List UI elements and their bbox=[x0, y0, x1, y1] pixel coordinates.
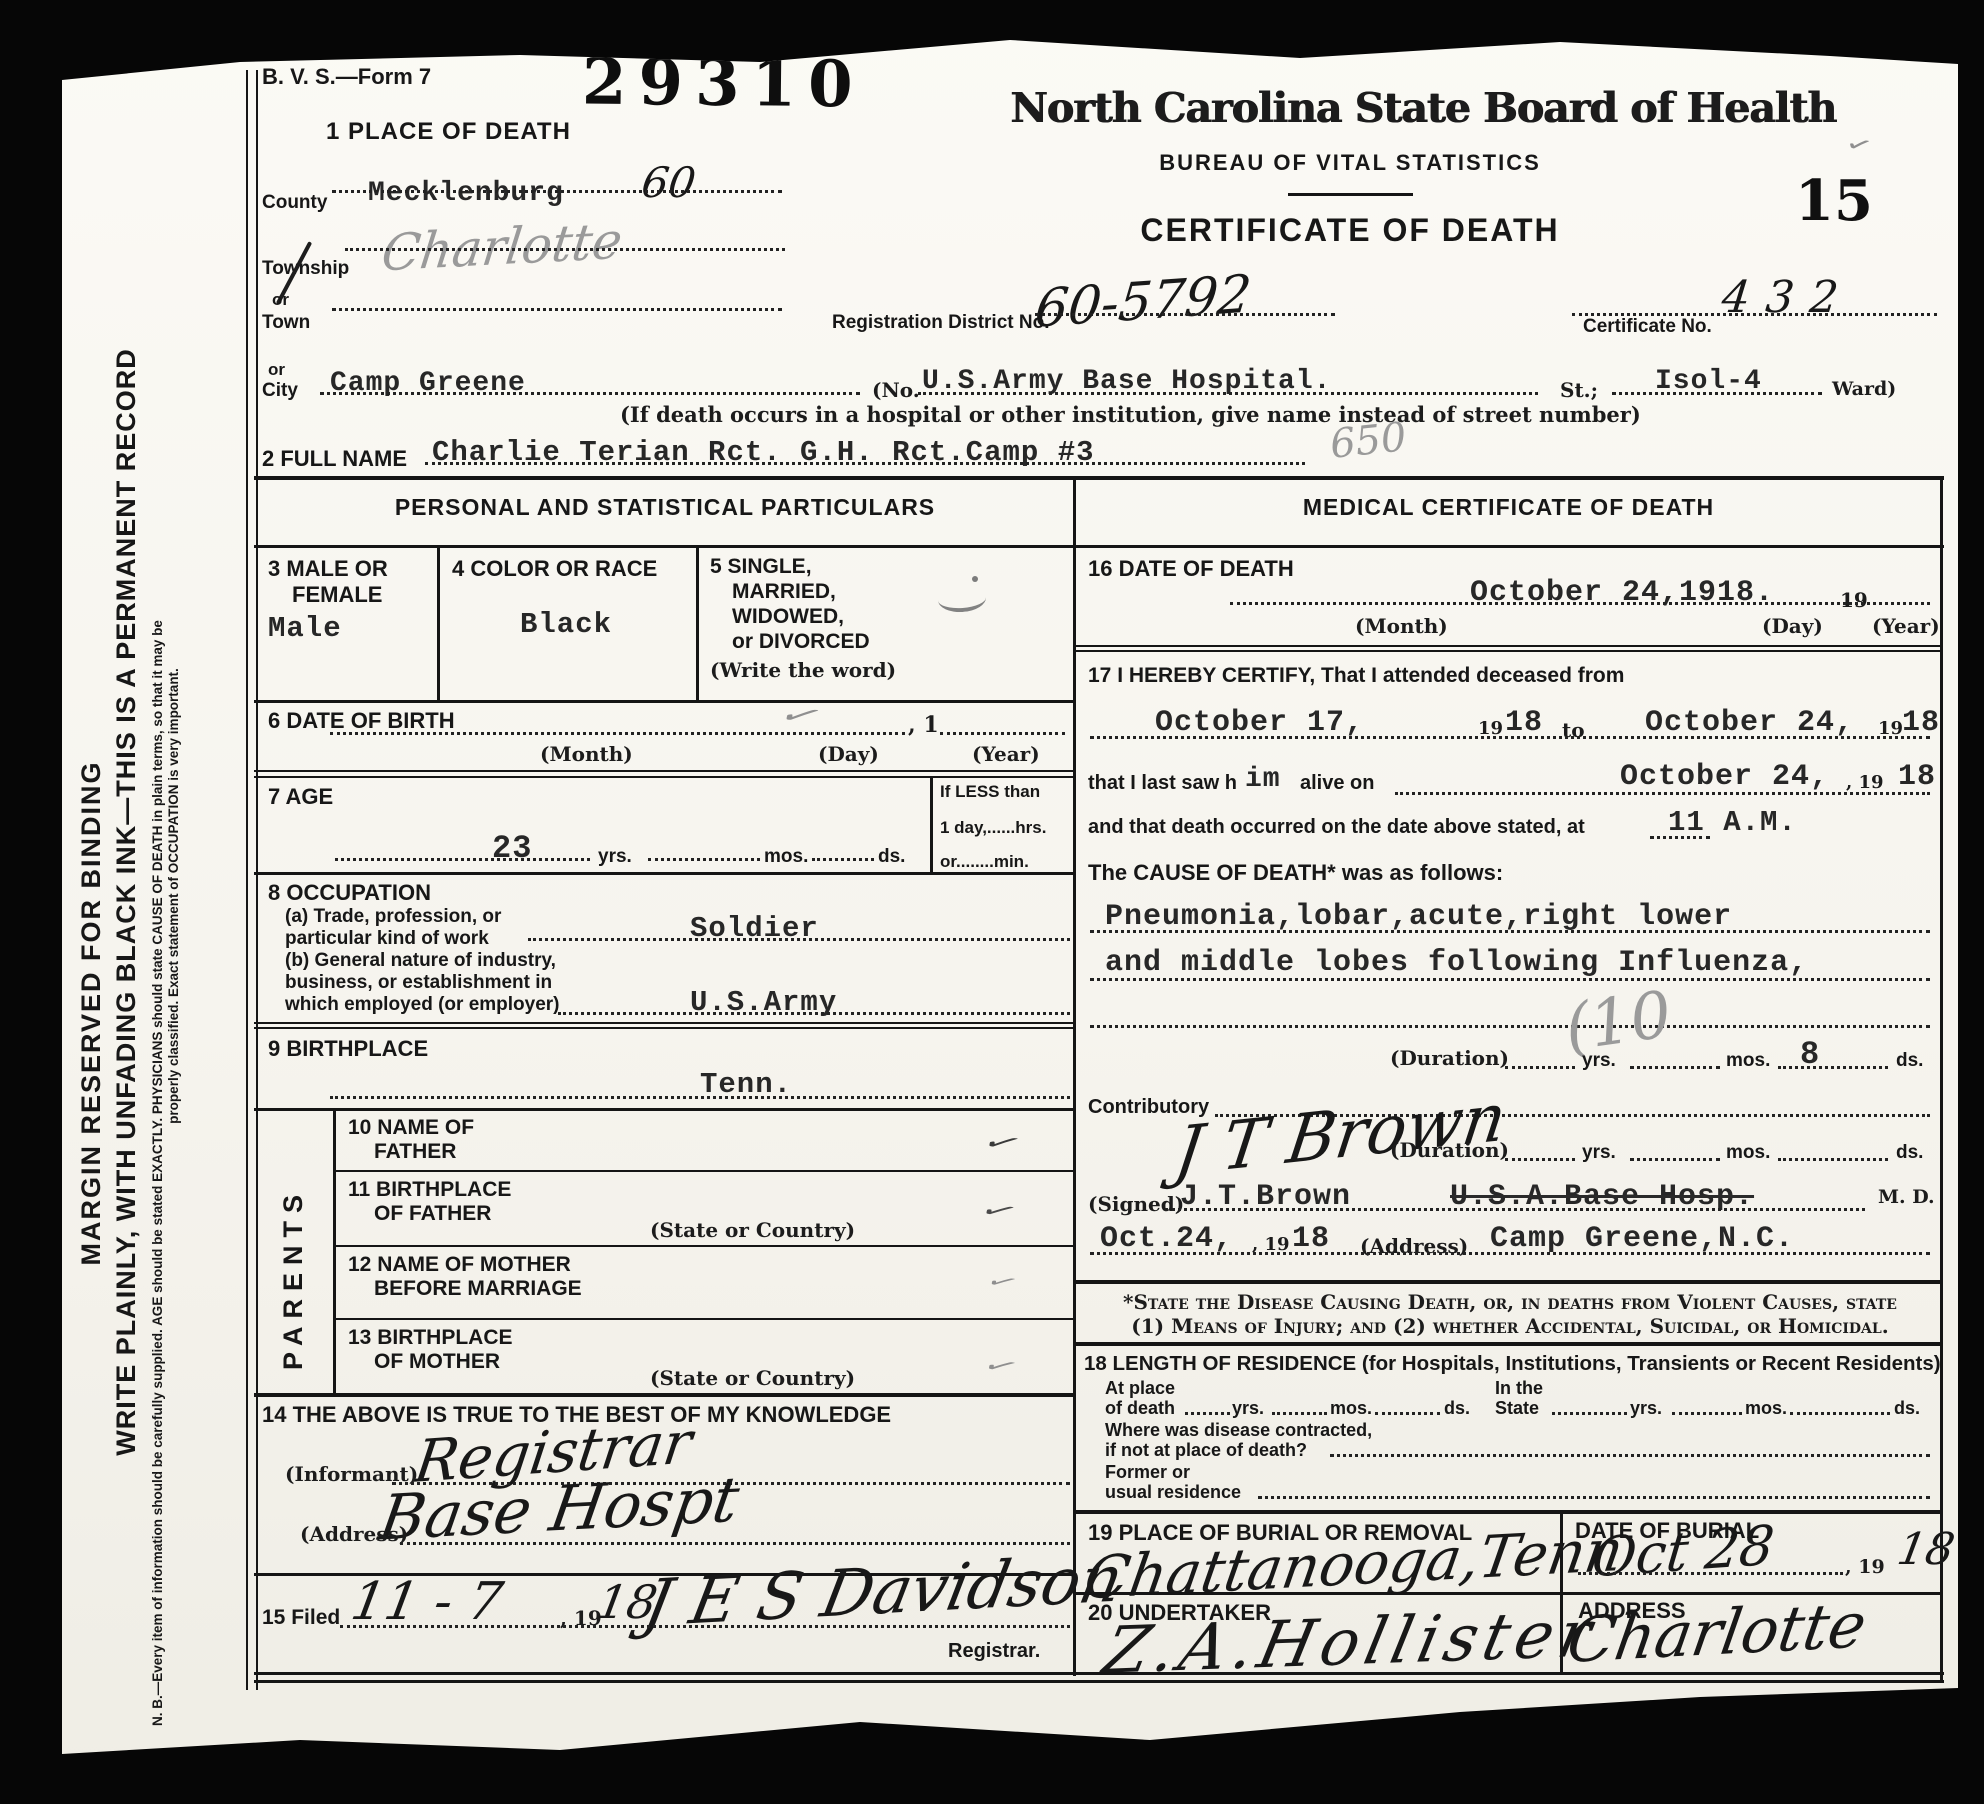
footnote-line2: (1) Means of Injury; and (2) whether Acc… bbox=[1080, 1314, 1940, 1338]
at-place-line1: At place bbox=[1105, 1378, 1175, 1399]
dod-year-label: (Year) bbox=[1872, 614, 1940, 638]
footnote-line1: *State the Disease Causing Death, or, in… bbox=[1080, 1290, 1940, 1314]
row-rule-4b bbox=[254, 1027, 1075, 1029]
attended-line bbox=[1090, 736, 1930, 739]
town-line bbox=[332, 308, 782, 311]
signed-address-value: Camp Greene,N.C. bbox=[1490, 1222, 1794, 1256]
registration-district-value: 60-5792 bbox=[1032, 264, 1254, 340]
margin-nb-line1: N. B.—Every item of information should b… bbox=[150, 66, 166, 1726]
at-place-line2: of death bbox=[1105, 1398, 1175, 1419]
father-bp-line2: OF FATHER bbox=[348, 1202, 511, 1226]
town-label: Town bbox=[262, 312, 310, 334]
to-year-value: 18 bbox=[1902, 706, 1940, 740]
former-line bbox=[1258, 1496, 1930, 1499]
cause-line2-value: and middle lobes following Influenza, bbox=[1105, 946, 1808, 980]
age-line-2 bbox=[648, 858, 760, 861]
duration2-label: (Duration) bbox=[1390, 1138, 1509, 1162]
duration2-line-1 bbox=[1505, 1158, 1575, 1161]
or-label-1: or bbox=[272, 290, 289, 310]
death-time-line bbox=[1650, 836, 1710, 839]
race-value: Black bbox=[520, 608, 612, 641]
board-title: North Carolina State Board of Health bbox=[1010, 84, 1690, 132]
dob-month-label: (Month) bbox=[540, 742, 633, 766]
certify-label: 17 I HEREBY CERTIFY, That I attended dec… bbox=[1088, 664, 1624, 688]
in-the-line2: State bbox=[1495, 1398, 1539, 1419]
bureau-divider bbox=[1288, 193, 1413, 196]
informant-address-label: (Address) bbox=[300, 1522, 408, 1546]
margin-write-plainly-note: WRITE PLAINLY, WITH UNFADING BLACK INK—T… bbox=[111, 102, 142, 1702]
burial-date-value: Oct 28 bbox=[1589, 1513, 1777, 1589]
grid-top-rule bbox=[254, 476, 1944, 480]
certificate-no-line bbox=[1572, 313, 1937, 316]
margin-nb-line2: properly classified. Exact statement of … bbox=[166, 66, 182, 1726]
contributory-signature: J T Brown bbox=[1170, 1078, 1510, 1191]
where-line bbox=[1330, 1454, 1930, 1457]
father-name-label: 10 NAME OF FATHER bbox=[348, 1116, 474, 1164]
med-rule-2 bbox=[1076, 1280, 1940, 1284]
or-label-2: or bbox=[268, 360, 285, 380]
burial-year-value: 18 bbox=[1894, 1524, 1959, 1575]
township-line bbox=[345, 248, 785, 251]
last-saw-post-label: alive on bbox=[1300, 772, 1374, 795]
signed-label: (Signed) bbox=[1088, 1192, 1184, 1216]
mother-name-line1: 12 NAME OF MOTHER bbox=[348, 1253, 582, 1277]
occ-b-line1: (b) General nature of industry, bbox=[285, 950, 560, 972]
father-name-line2: FATHER bbox=[348, 1140, 474, 1164]
registrar-label: Registrar. bbox=[948, 1640, 1040, 1663]
residence-label: 18 LENGTH OF RESIDENCE (for Hospitals, I… bbox=[1084, 1352, 1941, 1376]
dob-year-label: (Year) bbox=[972, 742, 1040, 766]
occupation-a-line bbox=[528, 938, 1070, 941]
duration-line-1 bbox=[1505, 1066, 1575, 1069]
parents-label-divider bbox=[333, 1108, 336, 1395]
pencil-check-father-bp-icon: ✓ bbox=[972, 1197, 1025, 1226]
where-contracted-line1: Where was disease contracted, bbox=[1105, 1420, 1372, 1441]
last-saw-date-value: October 24, bbox=[1620, 760, 1829, 794]
med-rule-3 bbox=[1076, 1342, 1940, 1346]
death-occurred-label: and that death occurred on the date abov… bbox=[1088, 816, 1585, 839]
res-line-2 bbox=[1272, 1412, 1327, 1415]
occupation-b-line bbox=[558, 1012, 1070, 1015]
date-of-death-label: 16 DATE OF DEATH bbox=[1088, 556, 1294, 582]
marital-note: (Write the word) bbox=[710, 658, 896, 682]
father-bp-note: (State or Country) bbox=[650, 1218, 855, 1242]
age-line-1 bbox=[335, 858, 590, 861]
occupation-a-label: (a) Trade, profession, or particular kin… bbox=[285, 906, 501, 950]
race-label: 4 COLOR OR RACE bbox=[452, 556, 657, 582]
filed-line bbox=[340, 1625, 1070, 1628]
md-label: M. D. bbox=[1878, 1186, 1935, 1208]
signed-line bbox=[1165, 1208, 1865, 1211]
res-ds-1: ds. bbox=[1444, 1398, 1470, 1419]
duration-yrs-label: yrs. bbox=[1582, 1050, 1616, 1072]
certificate-no-label: Certificate No. bbox=[1583, 316, 1712, 338]
res-mos-2: mos. bbox=[1745, 1398, 1787, 1419]
parents-rule-3 bbox=[333, 1318, 1075, 1320]
marital-line2: MARRIED, bbox=[710, 579, 870, 604]
cause-line2-rule bbox=[1090, 978, 1930, 981]
duration2-yrs-label: yrs. bbox=[1582, 1142, 1616, 1164]
saw-year-value: 18 bbox=[1898, 760, 1936, 794]
age-less-line2: 1 day,......hrs. bbox=[940, 818, 1046, 838]
age-value: 23 bbox=[492, 830, 532, 867]
bureau-subtitle: BUREAU OF VITAL STATISTICS bbox=[1010, 150, 1690, 176]
pencil-mark-icon bbox=[937, 584, 987, 613]
volume-stamp: 15 bbox=[1795, 168, 1873, 234]
age-label: 7 AGE bbox=[268, 784, 333, 810]
section-title-rule bbox=[254, 545, 1944, 548]
occ-b-line3: which employed (or employer) bbox=[285, 994, 560, 1016]
certificate-title: CERTIFICATE OF DEATH bbox=[1010, 212, 1690, 249]
res-line-3 bbox=[1375, 1412, 1440, 1415]
marital-line4: or DIVORCED bbox=[710, 629, 870, 654]
county-label: County bbox=[262, 192, 327, 214]
parents-rule-2 bbox=[333, 1245, 1075, 1247]
dob-day-label: (Day) bbox=[818, 742, 879, 766]
row-rule-2a bbox=[254, 770, 1075, 772]
pencil-number-note: 650 bbox=[1328, 414, 1409, 468]
occupation-b-label: (b) General nature of industry, business… bbox=[285, 950, 560, 1016]
marital-label: 5 SINGLE, MARRIED, WIDOWED, or DIVORCED bbox=[710, 554, 870, 654]
duration2-mos-label: mos. bbox=[1726, 1142, 1770, 1164]
res-line-5 bbox=[1672, 1412, 1742, 1415]
occ-a-line2: particular kind of work bbox=[285, 928, 501, 950]
burial-19-label: , 19 bbox=[1845, 1556, 1885, 1578]
row-rule-1 bbox=[254, 700, 1075, 703]
sex-value: Male bbox=[268, 612, 342, 645]
dod-day-label: (Day) bbox=[1762, 614, 1823, 638]
age-less-line1: If LESS than bbox=[940, 782, 1040, 802]
row-rule-4a bbox=[254, 1022, 1075, 1024]
age-subbox-divider bbox=[930, 778, 933, 872]
cause-line1-value: Pneumonia,lobar,acute,right lower bbox=[1105, 900, 1732, 934]
margin-binding-note: MARGIN RESERVED FOR BINDING bbox=[76, 388, 107, 1638]
attended-from-value: October 17, bbox=[1155, 706, 1364, 740]
signed-date-line bbox=[1090, 1252, 1930, 1255]
mother-name-label: 12 NAME OF MOTHER BEFORE MARRIAGE bbox=[348, 1253, 582, 1301]
registration-district-label: Registration District No. bbox=[832, 312, 1049, 334]
dod-19-label: 19 bbox=[1840, 588, 1868, 612]
signed-date-value: Oct.24, bbox=[1100, 1222, 1233, 1256]
former-residence-line1: Former or bbox=[1105, 1462, 1190, 1483]
last-saw-him-value: im bbox=[1245, 764, 1281, 795]
res-yrs-1: yrs. bbox=[1232, 1398, 1264, 1419]
res-mos-1: mos. bbox=[1330, 1398, 1372, 1419]
undertaker-address-value: Charlotte bbox=[1562, 1588, 1871, 1677]
row-rule-5 bbox=[254, 1108, 1075, 1111]
age-less-line3: or........min. bbox=[940, 852, 1029, 872]
age-ds-label: ds. bbox=[878, 846, 905, 868]
duration-mos-label: mos. bbox=[1726, 1050, 1770, 1072]
margin-nb-note: N. B.—Every item of information should b… bbox=[150, 66, 182, 1726]
mother-bp-line1: 13 BIRTHPLACE bbox=[348, 1326, 513, 1350]
med-rule-1b bbox=[1076, 650, 1940, 652]
pencil-check-mother-bp-icon: ✓ bbox=[976, 1352, 1026, 1379]
informant-address-line bbox=[400, 1542, 1070, 1545]
signed-year-value: 18 bbox=[1292, 1222, 1330, 1256]
duration-label: (Duration) bbox=[1390, 1046, 1509, 1070]
cell-divider-2 bbox=[696, 548, 699, 700]
county-value: Mecklenburg bbox=[368, 178, 564, 209]
pencil-check-dob-icon: ✓ bbox=[770, 699, 832, 731]
form-number: B. V. S.—Form 7 bbox=[262, 64, 431, 90]
where-contracted-line2: if not at place of death? bbox=[1105, 1440, 1307, 1461]
dob-line-2 bbox=[940, 732, 1065, 735]
saw-19-label: , 19 bbox=[1846, 772, 1884, 793]
med-rule-4 bbox=[1076, 1510, 1940, 1514]
medical-section-title: MEDICAL CERTIFICATE OF DEATH bbox=[1075, 494, 1942, 521]
county-code-value: 60 bbox=[639, 158, 699, 207]
dob-label: 6 DATE OF BIRTH bbox=[268, 708, 455, 734]
burial-date-line bbox=[1578, 1572, 1843, 1575]
full-name-label: 2 FULL NAME bbox=[262, 446, 407, 472]
street-label: St.; bbox=[1560, 378, 1598, 402]
mother-name-line2: BEFORE MARRIAGE bbox=[348, 1277, 582, 1301]
right-edge-rule bbox=[1940, 476, 1943, 1680]
duration2-line-3 bbox=[1778, 1158, 1888, 1161]
former-residence-line2: usual residence bbox=[1105, 1482, 1241, 1503]
age-yrs-label: yrs. bbox=[598, 846, 632, 868]
filed-label: 15 Filed bbox=[262, 1606, 340, 1630]
res-line-4 bbox=[1552, 1412, 1627, 1415]
sex-label: 3 MALE OR FEMALE bbox=[268, 556, 388, 608]
pencil-check-father-icon: ✓ bbox=[975, 1128, 1030, 1158]
city-line bbox=[320, 392, 860, 395]
registration-line bbox=[1035, 313, 1335, 316]
bottom-rule-a bbox=[254, 1672, 1944, 1675]
res-yrs-2: yrs. bbox=[1630, 1398, 1662, 1419]
sex-label-line2: FEMALE bbox=[268, 582, 388, 608]
father-birthplace-label: 11 BIRTHPLACE OF FATHER bbox=[348, 1178, 511, 1226]
marital-line1: 5 SINGLE, bbox=[710, 554, 870, 579]
res-ds-2: ds. bbox=[1894, 1398, 1920, 1419]
bottom-rule-b bbox=[254, 1680, 1944, 1683]
attended-to-value: October 24, bbox=[1645, 706, 1854, 740]
file-number-stamp: 29310 bbox=[582, 45, 865, 123]
med-rule-1a bbox=[1076, 645, 1940, 647]
institution-line bbox=[918, 392, 1538, 395]
ward-line bbox=[1612, 392, 1822, 395]
dob-line bbox=[330, 732, 905, 735]
birthplace-line bbox=[330, 1096, 1070, 1099]
age-line-3 bbox=[812, 858, 874, 861]
res-line-6 bbox=[1790, 1412, 1890, 1415]
occ-a-line1: (a) Trade, profession, or bbox=[285, 906, 501, 928]
pencil-check-mother-icon: ✓ bbox=[980, 1270, 1025, 1295]
street-no-label: (No. bbox=[872, 378, 920, 402]
scanned-death-certificate: MARGIN RESERVED FOR BINDING WRITE PLAINL… bbox=[0, 0, 1984, 1804]
parents-rule-1 bbox=[333, 1170, 1075, 1172]
death-time-value: 11 A.M. bbox=[1668, 806, 1797, 839]
filed-date-value: 11 - 7 bbox=[347, 1572, 507, 1632]
cause-line1-rule bbox=[1090, 930, 1930, 933]
township-pencil-value: Charlotte bbox=[379, 211, 626, 282]
marital-line3: WIDOWED, bbox=[710, 604, 870, 629]
cause-of-death-label: The CAUSE OF DEATH* was as follows: bbox=[1088, 860, 1503, 886]
city-label: City bbox=[262, 380, 298, 402]
margin-double-rule bbox=[246, 70, 258, 1690]
row-rule-3 bbox=[254, 872, 1075, 875]
occupation-label: 8 OCCUPATION bbox=[268, 880, 431, 906]
center-divider bbox=[1073, 476, 1076, 1676]
father-bp-line1: 11 BIRTHPLACE bbox=[348, 1178, 511, 1202]
parents-vertical-label: PARENTS bbox=[278, 1140, 309, 1370]
in-the-line1: In the bbox=[1495, 1378, 1543, 1399]
pencil-duration-note: (10 bbox=[1560, 978, 1676, 1066]
county-line bbox=[332, 190, 782, 193]
birthplace-label: 9 BIRTHPLACE bbox=[268, 1036, 428, 1062]
last-saw-line bbox=[1395, 792, 1930, 795]
township-label: Township bbox=[262, 258, 349, 280]
row-rule-2b bbox=[254, 776, 1075, 778]
dob-one: , 1 bbox=[908, 712, 939, 738]
dod-month-label: (Month) bbox=[1355, 614, 1448, 638]
mother-birthplace-label: 13 BIRTHPLACE OF MOTHER bbox=[348, 1326, 513, 1374]
duration2-line-2 bbox=[1630, 1158, 1720, 1161]
cell-divider-1 bbox=[437, 548, 440, 700]
personal-section-title: PERSONAL AND STATISTICAL PARTICULARS bbox=[256, 494, 1074, 521]
duration-ds-label: ds. bbox=[1896, 1050, 1923, 1072]
duration-line-2 bbox=[1630, 1066, 1720, 1069]
pencil-check-icon: ✓ bbox=[1843, 130, 1876, 160]
father-name-line1: 10 NAME OF bbox=[348, 1116, 474, 1140]
ward-label: Ward) bbox=[1832, 378, 1896, 400]
full-name-line bbox=[425, 462, 1305, 465]
occ-b-line2: business, or establishment in bbox=[285, 972, 560, 994]
last-saw-pre-label: that I last saw h bbox=[1088, 772, 1237, 795]
from-year-value: 18 bbox=[1505, 706, 1543, 740]
res-line-1 bbox=[1185, 1412, 1230, 1415]
cause-line3-rule bbox=[1090, 1025, 1930, 1028]
certificate-paper: MARGIN RESERVED FOR BINDING WRITE PLAINL… bbox=[0, 0, 1984, 1804]
sex-label-line1: 3 MALE OR bbox=[268, 556, 388, 582]
dod-line bbox=[1230, 602, 1930, 605]
mother-bp-line2: OF MOTHER bbox=[348, 1350, 513, 1374]
row-rule-6 bbox=[254, 1393, 1075, 1397]
duration2-ds-label: ds. bbox=[1896, 1142, 1923, 1164]
age-mos-label: mos. bbox=[764, 846, 808, 868]
duration-line-3 bbox=[1778, 1066, 1888, 1069]
mother-bp-note: (State or Country) bbox=[650, 1366, 855, 1390]
place-of-death-label: 1 PLACE OF DEATH bbox=[326, 118, 571, 146]
pencil-mark-dot bbox=[972, 576, 978, 582]
